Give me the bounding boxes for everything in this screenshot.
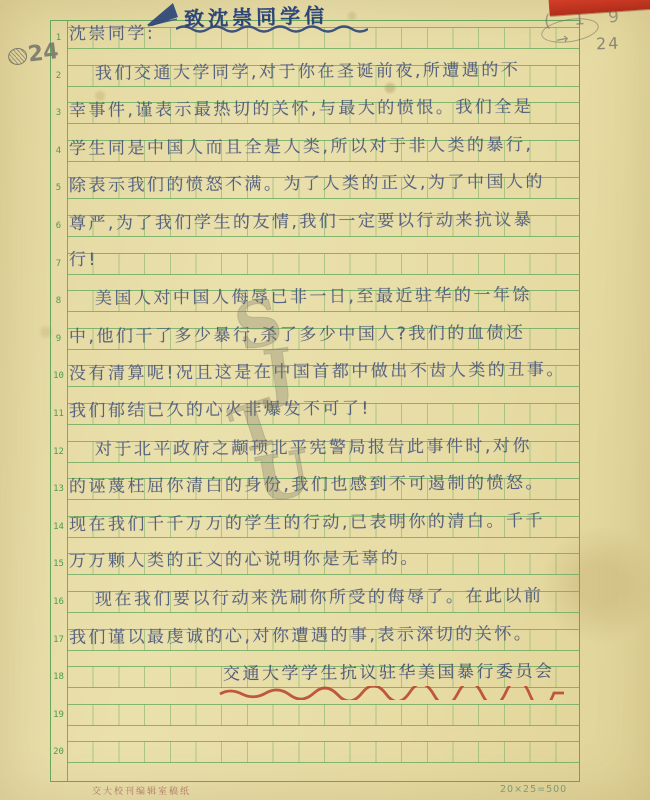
row-number: 10 <box>51 369 66 383</box>
row-number: 2 <box>51 69 66 83</box>
row-number: 5 <box>51 181 66 195</box>
row-number: 15 <box>51 557 66 571</box>
manuscript-row: 4学生同是中国人而且全是人类,所以对于非人类的暴行, <box>51 140 579 162</box>
manuscript-row: 10没有清算呢!况且这是在中国首都中做出不齿人类的丑事。 <box>51 365 579 387</box>
handwritten-line: 除表示我们的愤怒不满。为了人类的正义,为了中国人的 <box>69 169 545 199</box>
manuscript-row: 6尊严,为了我们学生的友情,我们一定要以行动来抗议暴 <box>51 215 579 237</box>
manuscript-row: 11我们郁结已久的心火非爆发不可了! <box>51 403 579 425</box>
handwritten-line: 沈崇同学: <box>69 21 155 48</box>
manuscript-row: 16现在我们要以行动来洗刷你所受的侮辱了。在此以前 <box>51 591 579 613</box>
grid-frame: 1沈崇同学:2我们交通大学同学,对于你在圣诞前夜,所遭遇的不3幸事件,谨表示最热… <box>50 20 580 782</box>
manuscript-row: 9中,他们干了多少暴行,杀了多少中国人?我们的血债还 <box>51 328 579 350</box>
handwritten-line: 我们交通大学同学,对于你在圣诞前夜,所遭遇的不 <box>95 57 521 87</box>
handwritten-line: 中,他们干了多少暴行,杀了多少中国人?我们的血债还 <box>69 320 526 350</box>
manuscript-row: 15万万颗人类的正义的心说明你是无辜的。 <box>51 553 579 575</box>
row-number: 9 <box>51 332 66 346</box>
row-number: 4 <box>51 144 66 158</box>
manuscript-row: 3幸事件,谨表示最热切的关怀,与最大的愤恨。我们全是 <box>51 102 579 124</box>
manuscript-row: 19 <box>51 704 579 726</box>
row-number: 7 <box>51 257 66 271</box>
handwritten-line: 我们谨以最虔诚的心,对你遭遇的事,表示深切的关怀。 <box>69 621 534 651</box>
signature-underline-wave <box>218 686 566 700</box>
handwritten-line: 现在我们要以行动来洗刷你所受的侮辱了。在此以前 <box>95 583 544 613</box>
manuscript-row: 20 <box>51 741 579 763</box>
manuscript-row: 17我们谨以最虔诚的心,对你遭遇的事,表示深切的关怀。 <box>51 629 579 651</box>
cell-strip <box>67 704 579 726</box>
handwritten-line: 对于北平政府之颟顸北平宪警局报告此事件时,对你 <box>95 433 532 463</box>
manuscript-row: 8美国人对中国人侮辱已非一日,至最近驻华的一年馀 <box>51 290 579 312</box>
manuscript-row: 5除表示我们的愤怒不满。为了人类的正义,为了中国人的 <box>51 177 579 199</box>
row-number: 11 <box>51 407 66 421</box>
signature-text: 交通大学学生抗议驻华美国暴行委员会 <box>223 659 555 688</box>
triangle-flag-icon <box>146 1 180 27</box>
handwritten-line: 万万颗人类的正义的心说明你是无辜的。 <box>69 546 420 575</box>
row-number: 12 <box>51 445 66 459</box>
row-number: 3 <box>51 106 66 120</box>
cell-strip <box>67 253 579 275</box>
row-number: 20 <box>51 745 66 759</box>
handwritten-line: 现在我们千千万万的学生的行动,已表明你的清白。千千 <box>69 508 545 538</box>
row-number: 18 <box>51 670 66 684</box>
manuscript-page: 24 ( 1 9 → 24 致沈崇同学信 1沈崇同学:2我们交通大学同学,对于你… <box>0 0 650 800</box>
handwritten-line: 尊严,为了我们学生的友情,我们一定要以行动来抗议暴 <box>69 207 534 237</box>
handwritten-line: 学生同是中国人而且全是人类,所以对于非人类的暴行, <box>69 132 534 162</box>
row-number: 6 <box>51 219 66 233</box>
row-number: 13 <box>51 482 66 496</box>
row-number: 8 <box>51 294 66 308</box>
handwritten-line: 我们郁结已久的心火非爆发不可了! <box>69 396 371 425</box>
handwritten-line: 幸事件,谨表示最热切的关怀,与最大的愤恨。我们全是 <box>69 94 534 124</box>
manuscript-row: 2我们交通大学同学,对于你在圣诞前夜,所遭遇的不 <box>51 65 579 87</box>
manuscript-row: 12对于北平政府之颟顸北平宪警局报告此事件时,对你 <box>51 441 579 463</box>
row-number: 14 <box>51 520 66 534</box>
manuscript-row: 7行! <box>51 253 579 275</box>
row-number: 19 <box>51 708 66 722</box>
pencil-margin-number: 24 <box>27 39 60 68</box>
row-number: 17 <box>51 633 66 647</box>
handwritten-line: 美国人对中国人侮辱已非一日,至最近驻华的一年馀 <box>95 282 532 312</box>
handwritten-line: 的诬蔑枉屈你清白的身份,我们也感到不可遏制的愤怒。 <box>69 470 545 500</box>
row-number: 16 <box>51 595 66 609</box>
manuscript-row: 14现在我们千千万万的学生的行动,已表明你的清白。千千 <box>51 516 579 538</box>
manuscript-row: 13的诬蔑枉屈你清白的身份,我们也感到不可遏制的愤怒。 <box>51 478 579 500</box>
paper-footer-imprint: 交大校刊编辑室稿纸 <box>92 784 191 797</box>
pencil-page-number: 24 <box>596 34 621 54</box>
handwritten-line: 行! <box>69 246 98 272</box>
pencil-circle-scribble <box>7 47 28 66</box>
paper-grid-spec: 20×25=500 <box>500 784 567 795</box>
cell-strip <box>67 741 579 763</box>
manuscript-row: 18交通大学学生抗议驻华美国暴行委员会 <box>51 666 579 688</box>
handwritten-line: 没有清算呢!况且这是在中国首都中做出不齿人类的丑事。 <box>69 357 566 387</box>
title-underline-wave <box>176 23 368 33</box>
